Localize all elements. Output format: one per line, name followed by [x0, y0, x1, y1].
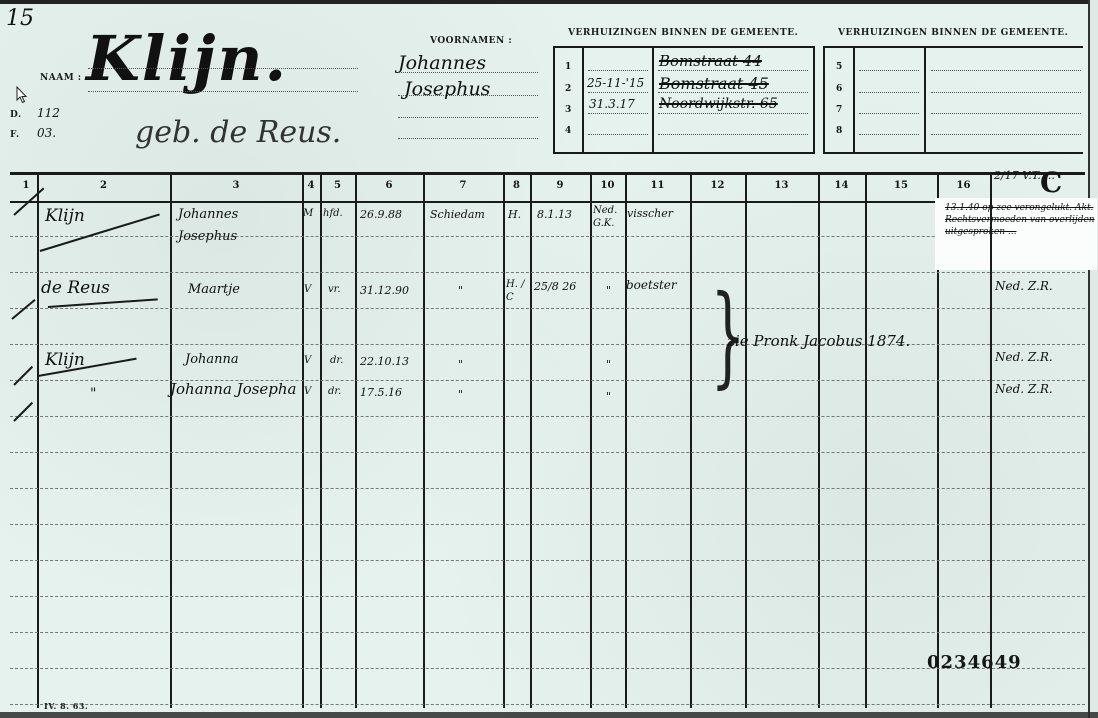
- col-header: 2: [37, 180, 170, 191]
- row4-birth-place: ": [458, 388, 463, 401]
- row1-relation: hfd.: [323, 208, 343, 219]
- bottom-edge: [0, 712, 1098, 718]
- moves-right-box: 5 6 7 8: [823, 46, 1083, 154]
- stamp-c: C: [1040, 166, 1062, 199]
- d-value: 112: [37, 106, 60, 120]
- moves-right-title: VERHUIZINGEN BINNEN DE GEMEENTE.: [838, 28, 1068, 38]
- row4-sex: V: [304, 386, 311, 397]
- row1-col10: Ned. G.K.: [593, 204, 623, 230]
- serial-number: 0234649: [927, 652, 1022, 673]
- row3-first-names: Johanna: [185, 352, 239, 367]
- row1-surname: Klijn: [45, 206, 85, 226]
- col-header: 1: [18, 180, 34, 191]
- form-code: IV. 8. 63.: [44, 701, 88, 711]
- row1-first-names: Johannes Josephus: [178, 204, 298, 248]
- row4-remark: Ned. Z.R.: [995, 382, 1053, 396]
- col-header: 10: [590, 180, 625, 191]
- col-header: 8: [503, 180, 530, 191]
- bracket-note: zie Pronk Jacobus 1874.: [727, 332, 910, 350]
- row1-remark: 13.1.40 op zee verongelukt. Akt. Rechtsv…: [945, 202, 1095, 238]
- col-header: 15: [865, 180, 937, 191]
- row1-birth-place: Schiedam: [430, 208, 485, 221]
- move-num: 6: [836, 84, 842, 94]
- move-address: Bomstraat 44: [659, 52, 762, 70]
- col-header: 11: [625, 180, 690, 191]
- move-date: 31.3.17: [589, 97, 635, 111]
- naam-line-2: [88, 91, 358, 92]
- first-name-1: Johannes: [398, 52, 486, 74]
- move-num: 1: [565, 62, 571, 72]
- row4-relation: dr.: [328, 386, 341, 397]
- col-header: 14: [818, 180, 865, 191]
- row2-occupation: boetster: [626, 278, 677, 292]
- corner-mark: 15: [6, 6, 34, 31]
- col-header: 6: [355, 180, 423, 191]
- maiden-name-note: geb. de Reus.: [135, 115, 341, 150]
- top-edge: [0, 0, 1098, 4]
- move-num: 7: [836, 105, 842, 115]
- row3-birth-date: 22.10.13: [360, 355, 409, 368]
- move-address: Bomstraat 45: [659, 74, 769, 93]
- row2-relation: vr.: [328, 284, 341, 295]
- col-header: 7: [423, 180, 503, 191]
- row2-col10: ": [606, 284, 611, 297]
- move-num: 5: [836, 62, 842, 72]
- move-num: 4: [565, 126, 571, 136]
- household-table: 1 2 3 4 5 6 7 8 9 10 11 12 13 14 15 16 2…: [10, 172, 1085, 712]
- row3-birth-place: ": [458, 358, 463, 371]
- move-num: 2: [565, 84, 571, 94]
- moves-left-box: 1 2 3 4 25-11-'15 31.3.17 Bomstraat 44 B…: [553, 46, 815, 154]
- row2-birth-date: 31.12.90: [360, 284, 409, 297]
- right-edge: [1088, 0, 1098, 718]
- row2-surname: de Reus: [41, 278, 110, 298]
- voornamen-label: VOORNAMEN :: [430, 36, 512, 46]
- registration-card: 15 NAAM : Klijn. D. 112 F. 03. geb. de R…: [0, 0, 1098, 718]
- row2-remark: Ned. Z.R.: [995, 279, 1053, 293]
- row4-birth-date: 17.5.16: [360, 386, 402, 399]
- col-header: 3: [170, 180, 302, 191]
- row2-religion: H. / C: [506, 278, 528, 304]
- row1-marriage-date: 8.1.13: [537, 208, 572, 221]
- col-header: 5: [320, 180, 355, 191]
- naam-line-1: [88, 68, 358, 69]
- f-label: F.: [10, 130, 20, 140]
- mouse-pointer-icon: [16, 86, 28, 104]
- voornamen-line-1: [398, 72, 538, 73]
- row3-remark: Ned. Z.R.: [995, 350, 1053, 364]
- row4-col10: ": [606, 390, 611, 403]
- row3-relation: dr.: [330, 355, 343, 366]
- row4-first-names: Johanna Josepha: [170, 380, 297, 398]
- voornamen-line-4: [398, 138, 538, 139]
- row3-col10: ": [606, 358, 611, 371]
- row1-religion: H.: [508, 208, 521, 221]
- row2-first-names: Maartje: [188, 282, 240, 297]
- row2-sex: V: [304, 284, 311, 295]
- move-address: Noordwijkstr. 65: [659, 96, 778, 112]
- row2-birth-place: ": [458, 284, 463, 297]
- voornamen-line-2: [398, 95, 538, 96]
- naam-label: NAAM :: [40, 73, 82, 83]
- col-header: 13: [745, 180, 818, 191]
- row1-birth-date: 26.9.88: [360, 208, 402, 221]
- row1-sex: M: [303, 208, 313, 219]
- d-label: D.: [10, 110, 22, 120]
- row1-occupation: visscher: [627, 207, 673, 220]
- col-header: 9: [530, 180, 590, 191]
- f-value: 03.: [37, 126, 56, 140]
- row3-sex: V: [304, 355, 311, 366]
- row2-marriage-date: 25/8 26: [534, 280, 576, 293]
- moves-left-title: VERHUIZINGEN BINNEN DE GEMEENTE.: [568, 28, 798, 38]
- surname-heading: Klijn.: [86, 22, 288, 95]
- col-header: 4: [302, 180, 320, 191]
- move-date: 25-11-'15: [587, 76, 644, 90]
- move-num: 8: [836, 126, 842, 136]
- first-name-2: Josephus: [404, 78, 490, 100]
- col-header: 12: [690, 180, 745, 191]
- voornamen-line-3: [398, 117, 538, 118]
- row4-surname: ": [90, 386, 96, 402]
- col-header: 16: [937, 180, 990, 191]
- move-num: 3: [565, 105, 571, 115]
